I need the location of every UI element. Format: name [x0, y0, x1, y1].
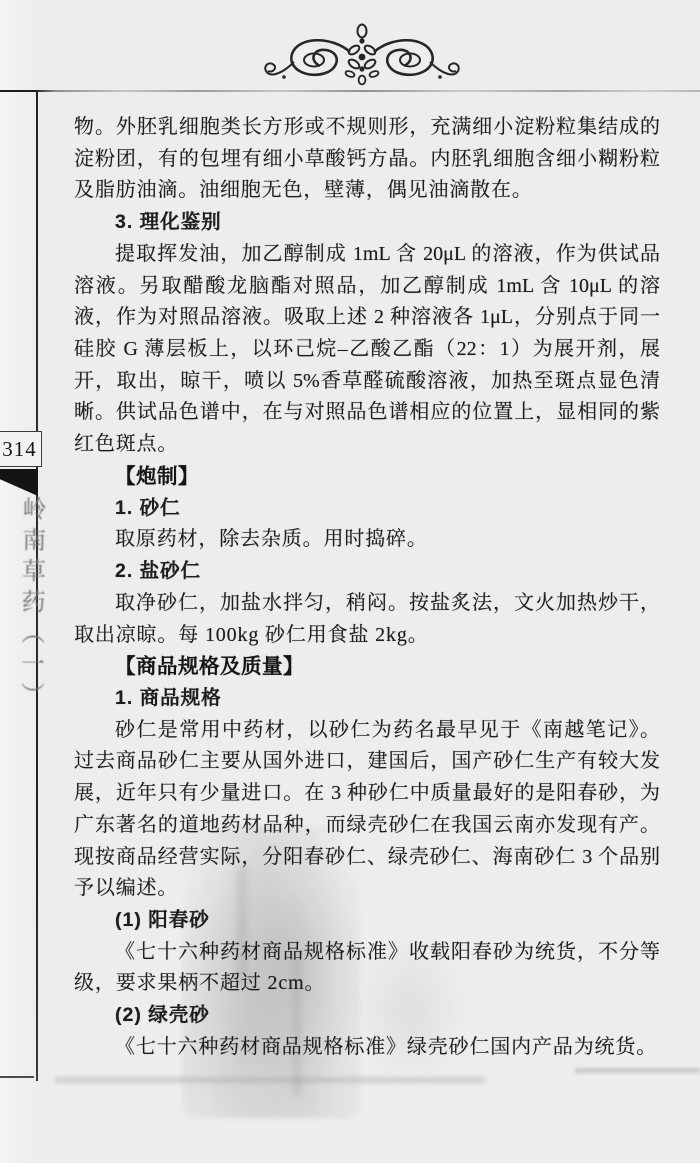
text-line: 《七十六种药材商品规格标准》绿壳砂仁国内产品为统货。 [74, 1032, 660, 1064]
text-column: 物。外胚乳细胞类长方形或不规则形，充满细小淀粉粒集结成的淀粉团，有的包埋有细小草… [74, 112, 660, 1064]
text-line: 过去商品砂仁主要从国外进口，建国后，国产砂仁生产有较大发 [74, 746, 660, 778]
spine-title: 岭南草药（一） [7, 496, 49, 726]
top-rule [0, 90, 700, 92]
text-line: 现按商品经营实际，分阳春砂仁、绿壳砂仁、海南砂仁 3 个品别 [74, 842, 660, 874]
text-line: 红色斑点。 [74, 429, 660, 461]
text-line: 及脂肪油滴。油细胞无色，壁薄，偶见油滴散在。 [74, 175, 660, 207]
text-line: 《七十六种药材商品规格标准》收载阳春砂为统货，不分等 [74, 937, 660, 969]
text-line: 物。外胚乳细胞类长方形或不规则形，充满细小淀粉粒集结成的 [74, 112, 660, 144]
subheading: 2. 盐砂仁 [74, 556, 660, 588]
text-line: 溶液。另取醋酸龙脑酯对照品，加乙醇制成 1mL 含 10μL 的溶 [74, 271, 660, 303]
header-flourish-icon [262, 22, 462, 90]
text-line: 开，取出，晾干，喷以 5%香草醛硫酸溶液，加热至斑点显色清 [74, 366, 660, 398]
text-line: 展，近年只有少量进口。在 3 种砂仁中质量最好的是阳春砂，为 [74, 778, 660, 810]
text-line: 取净砂仁，加盐水拌匀，稍闷。按盐炙法，文火加热炒干， [74, 588, 660, 620]
footer-margin-line [0, 1076, 34, 1078]
text-line: 级，要求果柄不超过 2cm。 [74, 968, 660, 1000]
text-line: 砂仁是常用中药材，以砂仁为药名最早见于《南越笔记》。 [74, 715, 660, 747]
subheading: 3. 理化鉴别 [74, 207, 660, 239]
text-line: 硅胶 G 薄层板上，以环己烷–乙酸乙酯（22：1）为展开剂，展 [74, 334, 660, 366]
section-heading: 【炮制】 [74, 461, 660, 493]
footer-smudge [55, 1077, 485, 1083]
footer-smudge-right [575, 1068, 700, 1073]
text-line: 晰。供试品色谱中，在与对照品色谱相应的位置上，显相同的紫 [74, 397, 660, 429]
text-line: 淀粉团，有的包埋有细小草酸钙方晶。内胚乳细胞含细小糊粉粒 [74, 144, 660, 176]
text-line: 予以编述。 [74, 873, 660, 905]
page-number: 314 [0, 431, 42, 467]
subheading: 1. 砂仁 [74, 493, 660, 525]
text-line: 液，作为对照品溶液。吸取上述 2 种溶液各 1μL，分别点于同一 [74, 302, 660, 334]
subheading: 1. 商品规格 [74, 683, 660, 715]
text-line: 取出凉晾。每 100kg 砂仁用食盐 2kg。 [74, 620, 660, 652]
subheading: (1) 阳春砂 [74, 905, 660, 937]
text-line: 提取挥发油，加乙醇制成 1mL 含 20μL 的溶液，作为供试品 [74, 239, 660, 271]
text-line: 取原药材，除去杂质。用时捣碎。 [74, 524, 660, 556]
text-line: 广东著名的道地药材品种，而绿壳砂仁在我国云南亦发现有产。 [74, 810, 660, 842]
section-heading: 【商品规格及质量】 [74, 651, 660, 683]
subheading: (2) 绿壳砂 [74, 1000, 660, 1032]
